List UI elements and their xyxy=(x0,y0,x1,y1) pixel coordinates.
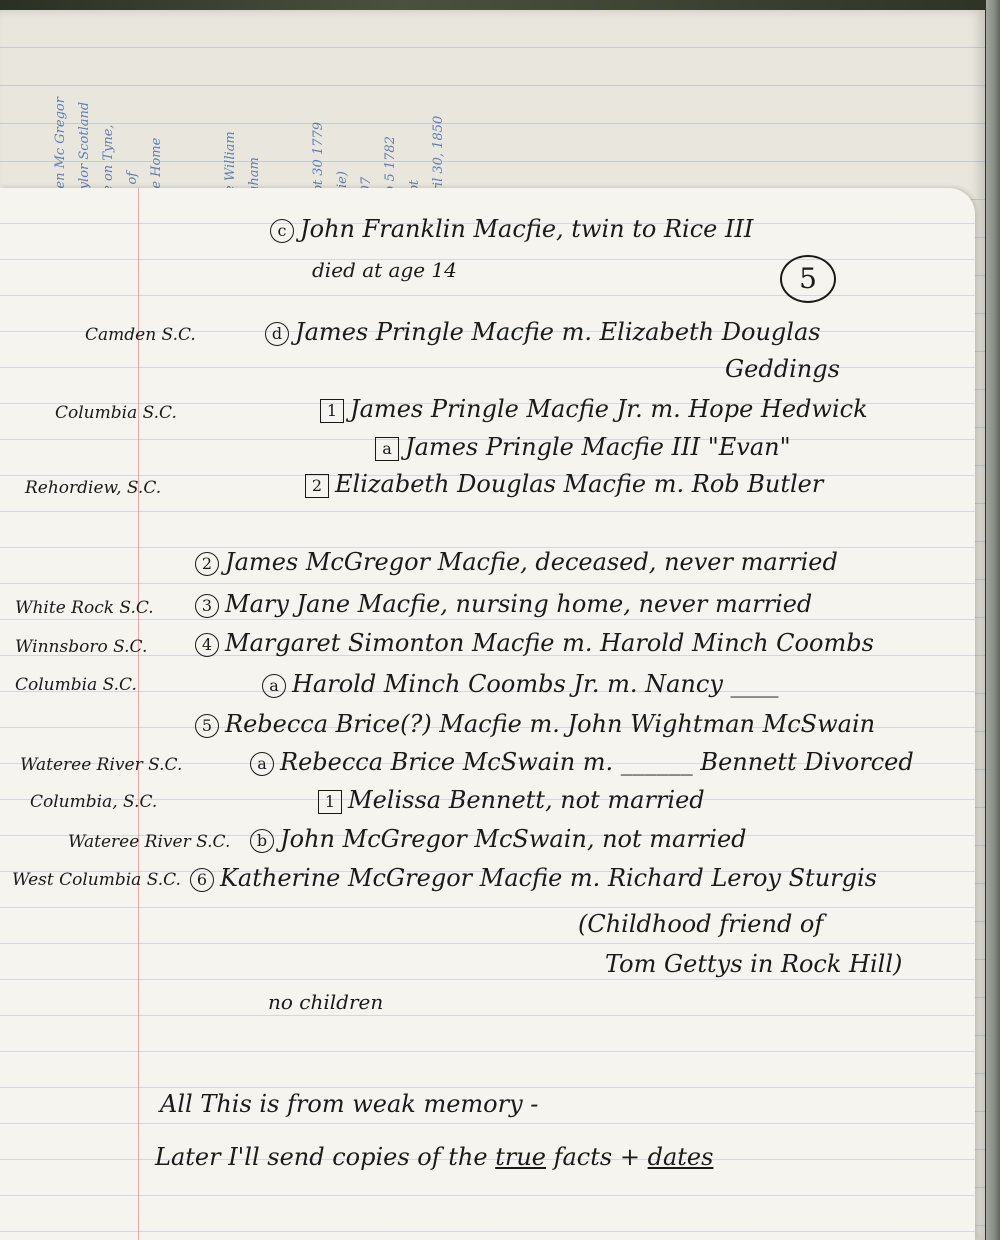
marker-box: 2 xyxy=(305,474,329,498)
parenthetical-line: (Childhood friend of xyxy=(578,910,823,938)
place-label: Columbia S.C. xyxy=(55,403,177,423)
closing-line-2: Later I'll send copies of the true facts… xyxy=(155,1143,713,1171)
place-label: Rehordiew, S.C. xyxy=(25,478,161,498)
marker-circle: 6 xyxy=(190,868,214,892)
entry: aRebecca Brice McSwain m. ______ Bennett… xyxy=(250,748,914,776)
entry-text: James Pringle Macfie Jr. m. Hope Hedwick xyxy=(350,395,868,423)
entry-text: John Franklin Macfie, twin to Rice III xyxy=(300,215,753,243)
back-note: April 30, 1850 xyxy=(432,30,446,210)
back-note: 1807 xyxy=(360,30,374,210)
marker-circle: 5 xyxy=(195,714,219,738)
place-label: Wateree River S.C. xyxy=(68,832,230,852)
entry: bJohn McGregor McSwain, not married xyxy=(250,825,747,853)
entry: 3Mary Jane Macfie, nursing home, never m… xyxy=(195,590,812,618)
entry: 2Elizabeth Douglas Macfie m. Rob Butler xyxy=(305,470,823,498)
marker-box: a xyxy=(375,437,399,461)
entry: 5Rebecca Brice(?) Macfie m. John Wightma… xyxy=(195,710,875,738)
place-label: Columbia S.C. xyxy=(15,675,137,695)
back-note: …ge Home xyxy=(150,30,164,210)
entry-text: James McGregor Macfie, deceased, never m… xyxy=(225,548,838,576)
entry-text: James Pringle Macfie m. Elizabeth Dougla… xyxy=(295,318,821,346)
entry-text: Margaret Simonton Macfie m. Harold Minch… xyxy=(225,629,874,657)
place-label: Camden S.C. xyxy=(85,325,196,345)
marker-circle: 3 xyxy=(195,594,219,618)
entry: 1Melissa Bennett, not married xyxy=(318,786,705,814)
entry-text: Melissa Bennett, not married xyxy=(348,786,705,814)
closing-line-1: All This is from weak memory - xyxy=(160,1090,538,1118)
place-label: Wateree River S.C. xyxy=(20,755,182,775)
back-note: Feb 5 1782 xyxy=(384,30,398,210)
sheet-protector-edge xyxy=(986,0,1000,1240)
place-label: Winnsboro S.C. xyxy=(15,637,147,657)
entry-continuation: Geddings xyxy=(725,355,840,383)
entry: 6Katherine McGregor Macfie m. Richard Le… xyxy=(190,864,877,892)
place-label: West Columbia S.C. xyxy=(12,870,181,890)
entry-note: died at age 14 xyxy=(312,258,457,282)
marker-circle: c xyxy=(270,219,294,243)
margin-line xyxy=(138,188,139,1240)
entry-text: Mary Jane Macfie, nursing home, never ma… xyxy=(225,590,812,618)
entry: 2James McGregor Macfie, deceased, never … xyxy=(195,548,838,576)
place-label: White Rock S.C. xyxy=(15,598,154,618)
entry-text: Rebecca Brice(?) Macfie m. John Wightman… xyxy=(225,710,875,738)
back-note: …le on Tyne, xyxy=(102,30,116,210)
back-note: Sept xyxy=(408,30,422,210)
back-note: Graham xyxy=(248,30,262,210)
marker-circle: 2 xyxy=(195,552,219,576)
back-page-blue-notes: 14 …hen Mc Gregor …eylor Scotland …le on… xyxy=(30,30,446,210)
marker-circle: d xyxy=(265,322,289,346)
back-note: The William xyxy=(224,30,238,210)
marker-circle: 4 xyxy=(195,633,219,657)
back-note: 14 xyxy=(30,30,44,210)
back-note: Sept 30 1779 xyxy=(312,30,326,210)
marker-circle: a xyxy=(262,674,286,698)
page-number-circle: 5 xyxy=(780,255,836,303)
entry-text: Harold Minch Coombs Jr. m. Nancy ____ xyxy=(292,670,779,698)
entry-text: Rebecca Brice McSwain m. ______ Bennett … xyxy=(280,748,914,776)
marker-circle: b xyxy=(250,829,274,853)
back-note: …hen Mc Gregor xyxy=(54,30,68,210)
place-label: Columbia, S.C. xyxy=(30,792,157,812)
entry: 4Margaret Simonton Macfie m. Harold Minc… xyxy=(195,629,874,657)
back-note: Billie) xyxy=(336,30,350,210)
entry-text: Katherine McGregor Macfie m. Richard Ler… xyxy=(220,864,877,892)
marker-box: 1 xyxy=(320,399,344,423)
back-note: …eylor Scotland xyxy=(78,30,92,210)
marker-circle: a xyxy=(250,752,274,776)
no-children-note: no children xyxy=(268,990,383,1014)
entry: aHarold Minch Coombs Jr. m. Nancy ____ xyxy=(262,670,779,698)
entry-text: James Pringle Macfie III "Evan" xyxy=(405,433,791,461)
entry-header: cJohn Franklin Macfie, twin to Rice III xyxy=(270,215,753,243)
entry: aJames Pringle Macfie III "Evan" xyxy=(375,433,791,461)
parenthetical-line: Tom Gettys in Rock Hill) xyxy=(605,950,902,978)
entry: dJames Pringle Macfie m. Elizabeth Dougl… xyxy=(265,318,821,346)
back-note: …g of xyxy=(126,30,140,210)
marker-box: 1 xyxy=(318,790,342,814)
entry: 1James Pringle Macfie Jr. m. Hope Hedwic… xyxy=(320,395,868,423)
entry-text: Elizabeth Douglas Macfie m. Rob Butler xyxy=(335,470,823,498)
entry-text: John McGregor McSwain, not married xyxy=(280,825,747,853)
